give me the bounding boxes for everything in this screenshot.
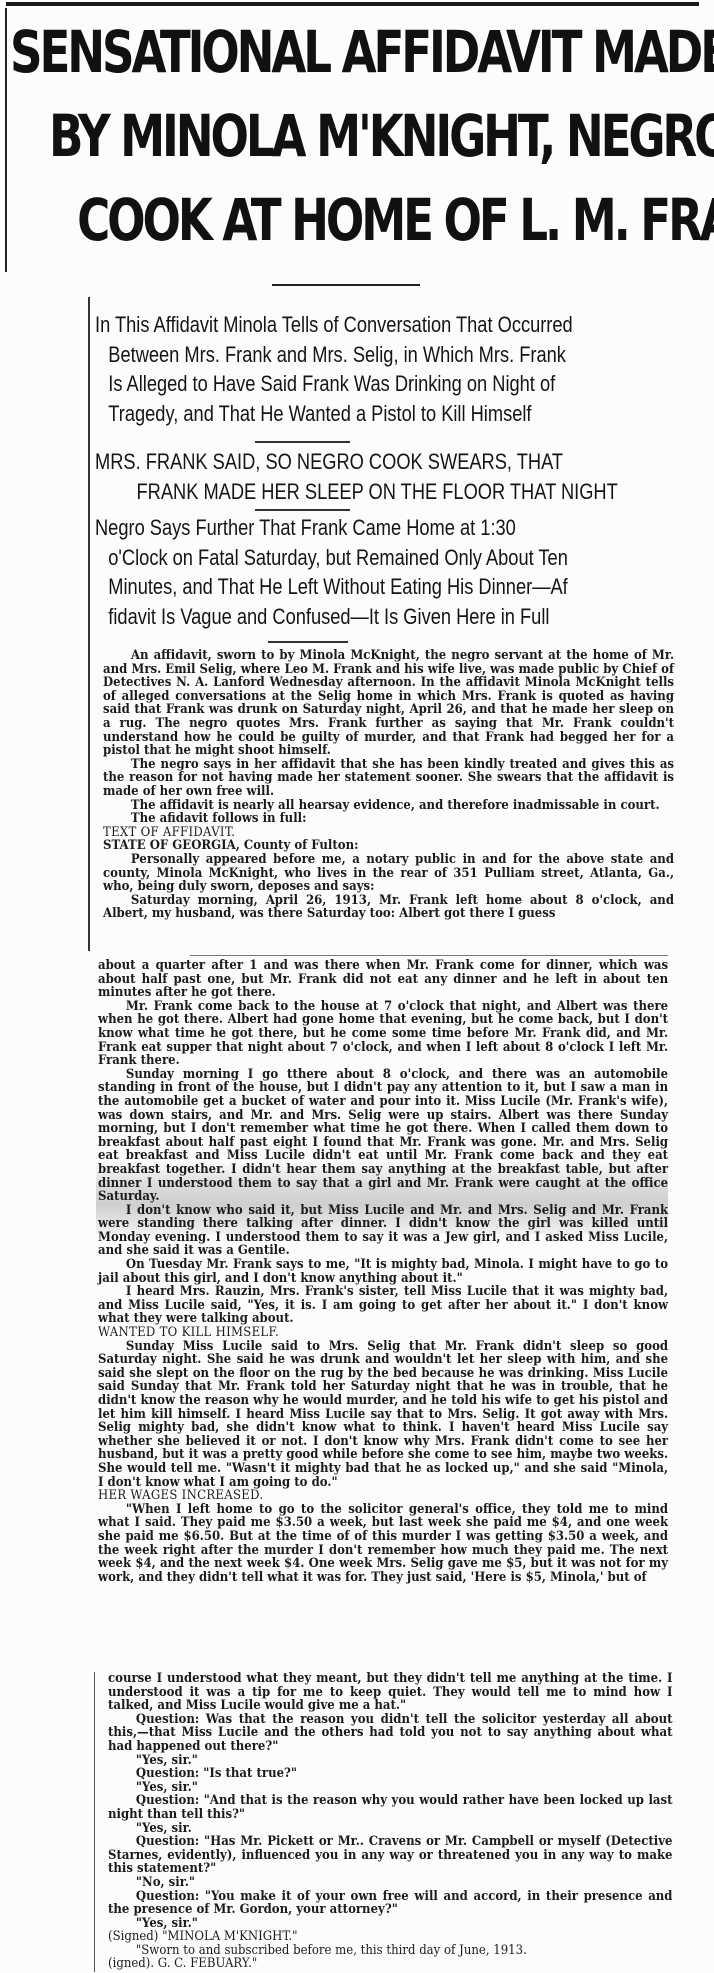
deck-1-line: In This Affidavit Minola Tells of Conver… (95, 310, 573, 340)
deck-divider (255, 441, 350, 443)
headline-divider (272, 284, 420, 286)
paragraph: I heard Mrs. Rauzin, Mrs. Frank's sister… (98, 1284, 668, 1325)
deck-1-line: Is Alleged to Have Said Frank Was Drinki… (95, 369, 573, 399)
paragraph: Mr. Frank come back to the house at 7 o'… (98, 999, 668, 1067)
deck-3-line: Minutes, and That He Left Without Eating… (95, 572, 568, 602)
qa-line: Question: "Has Mr. Pickett or Mr.. Crave… (108, 1834, 673, 1875)
qa-line: Question: "And that is the reason why yo… (108, 1793, 673, 1820)
qa-line: Question: Was that the reason you didn't… (108, 1712, 673, 1753)
article-body-middle: about a quarter after 1 and was there wh… (98, 958, 668, 1583)
subhead-text-of-affidavit: TEXT OF AFFIDAVIT. (103, 825, 674, 839)
deck-1-line: Between Mrs. Frank and Mrs. Selig, in Wh… (95, 340, 573, 370)
headline-line-2: BY MINOLA M'KNIGHT, NEGRO (10, 94, 548, 178)
deck-3-line: fidavit Is Vague and Confused—It Is Give… (95, 602, 568, 632)
paragraph: On Tuesday Mr. Frank says to me, "It is … (98, 1257, 668, 1284)
paragraph: The afidavit follows in full: (103, 811, 674, 825)
deck-divider (255, 509, 350, 511)
qa-line: "Yes, sir." (108, 1780, 673, 1794)
newspaper-clipping: SENSATIONAL AFFIDAVIT MADE BY MINOLA M'K… (0, 0, 714, 1973)
paragraph: Sunday Miss Lucile said to Mrs. Selig th… (98, 1339, 668, 1489)
paragraph: course I understood what they meant, but… (108, 1671, 673, 1712)
deck-1-line: Tragedy, and That He Wanted a Pistol to … (95, 399, 573, 429)
paragraph: I don't know who said it, but Miss Lucil… (98, 1203, 668, 1257)
paragraph: "When I left home to go to the solicitor… (98, 1502, 668, 1584)
qa-line: "No, sir." (108, 1875, 673, 1889)
headline-line-1: SENSATIONAL AFFIDAVIT MADE (10, 10, 548, 94)
paragraph: Sunday morning I go tthere about 8 o'clo… (98, 1067, 668, 1203)
deck-3: Negro Says Further That Frank Came Home … (95, 513, 568, 631)
column-rule-upper (88, 297, 90, 951)
paragraph: The negro says in her affidavit that she… (103, 757, 674, 798)
headline-column-rule (5, 8, 7, 272)
qa-line: Question: "Is that true?" (108, 1766, 673, 1780)
qa-line: "Yes, sir." (108, 1753, 673, 1767)
notary-signature: (igned). G. C. FEBUARY." (108, 1956, 673, 1970)
headline-line-3: COOK AT HOME OF L. M. FRANK (10, 178, 548, 262)
qa-line: "Yes, sir." (108, 1916, 673, 1930)
qa-line: Question: "You make it of your own free … (108, 1889, 673, 1916)
clip-join-line (190, 955, 668, 956)
paragraph: Saturday morning, April 26, 1913, Mr. Fr… (103, 893, 674, 920)
paragraph: The affidavit is nearly all hearsay evid… (103, 798, 674, 812)
deck-divider (268, 641, 348, 643)
headline: SENSATIONAL AFFIDAVIT MADE BY MINOLA M'K… (10, 10, 548, 262)
paragraph: about a quarter after 1 and was there wh… (98, 958, 668, 999)
qa-line: "Yes, sir. (108, 1821, 673, 1835)
subhead-her-wages-increased: HER WAGES INCREASED. (98, 1488, 668, 1502)
deck-2: MRS. FRANK SAID, SO NEGRO COOK SWEARS, T… (95, 447, 618, 506)
paragraph: Personally appeared before me, a notary … (103, 852, 674, 893)
deck-3-line: o'Clock on Fatal Saturday, but Remained … (95, 543, 568, 573)
top-rule (6, 2, 699, 6)
article-body-lower: course I understood what they meant, but… (108, 1671, 673, 1970)
paragraph: An affidavit, sworn to by Minola McKnigh… (103, 648, 674, 757)
article-body-upper: An affidavit, sworn to by Minola McKnigh… (103, 648, 674, 920)
sworn-statement: "Sworn to and subscribed before me, this… (108, 1943, 673, 1957)
deck-3-line: Negro Says Further That Frank Came Home … (95, 513, 568, 543)
deck-2-line: FRANK MADE HER SLEEP ON THE FLOOR THAT N… (95, 477, 618, 507)
column-rule-lower (94, 1672, 95, 1972)
state-line: STATE OF GEORGIA, County of Fulton: (103, 838, 674, 852)
subhead-wanted-to-kill-himself: WANTED TO KILL HIMSELF. (98, 1325, 668, 1339)
deck-1: In This Affidavit Minola Tells of Conver… (95, 310, 573, 428)
signature: (Signed) "MINOLA M'KNIGHT." (108, 1929, 673, 1943)
deck-2-line: MRS. FRANK SAID, SO NEGRO COOK SWEARS, T… (95, 447, 618, 477)
